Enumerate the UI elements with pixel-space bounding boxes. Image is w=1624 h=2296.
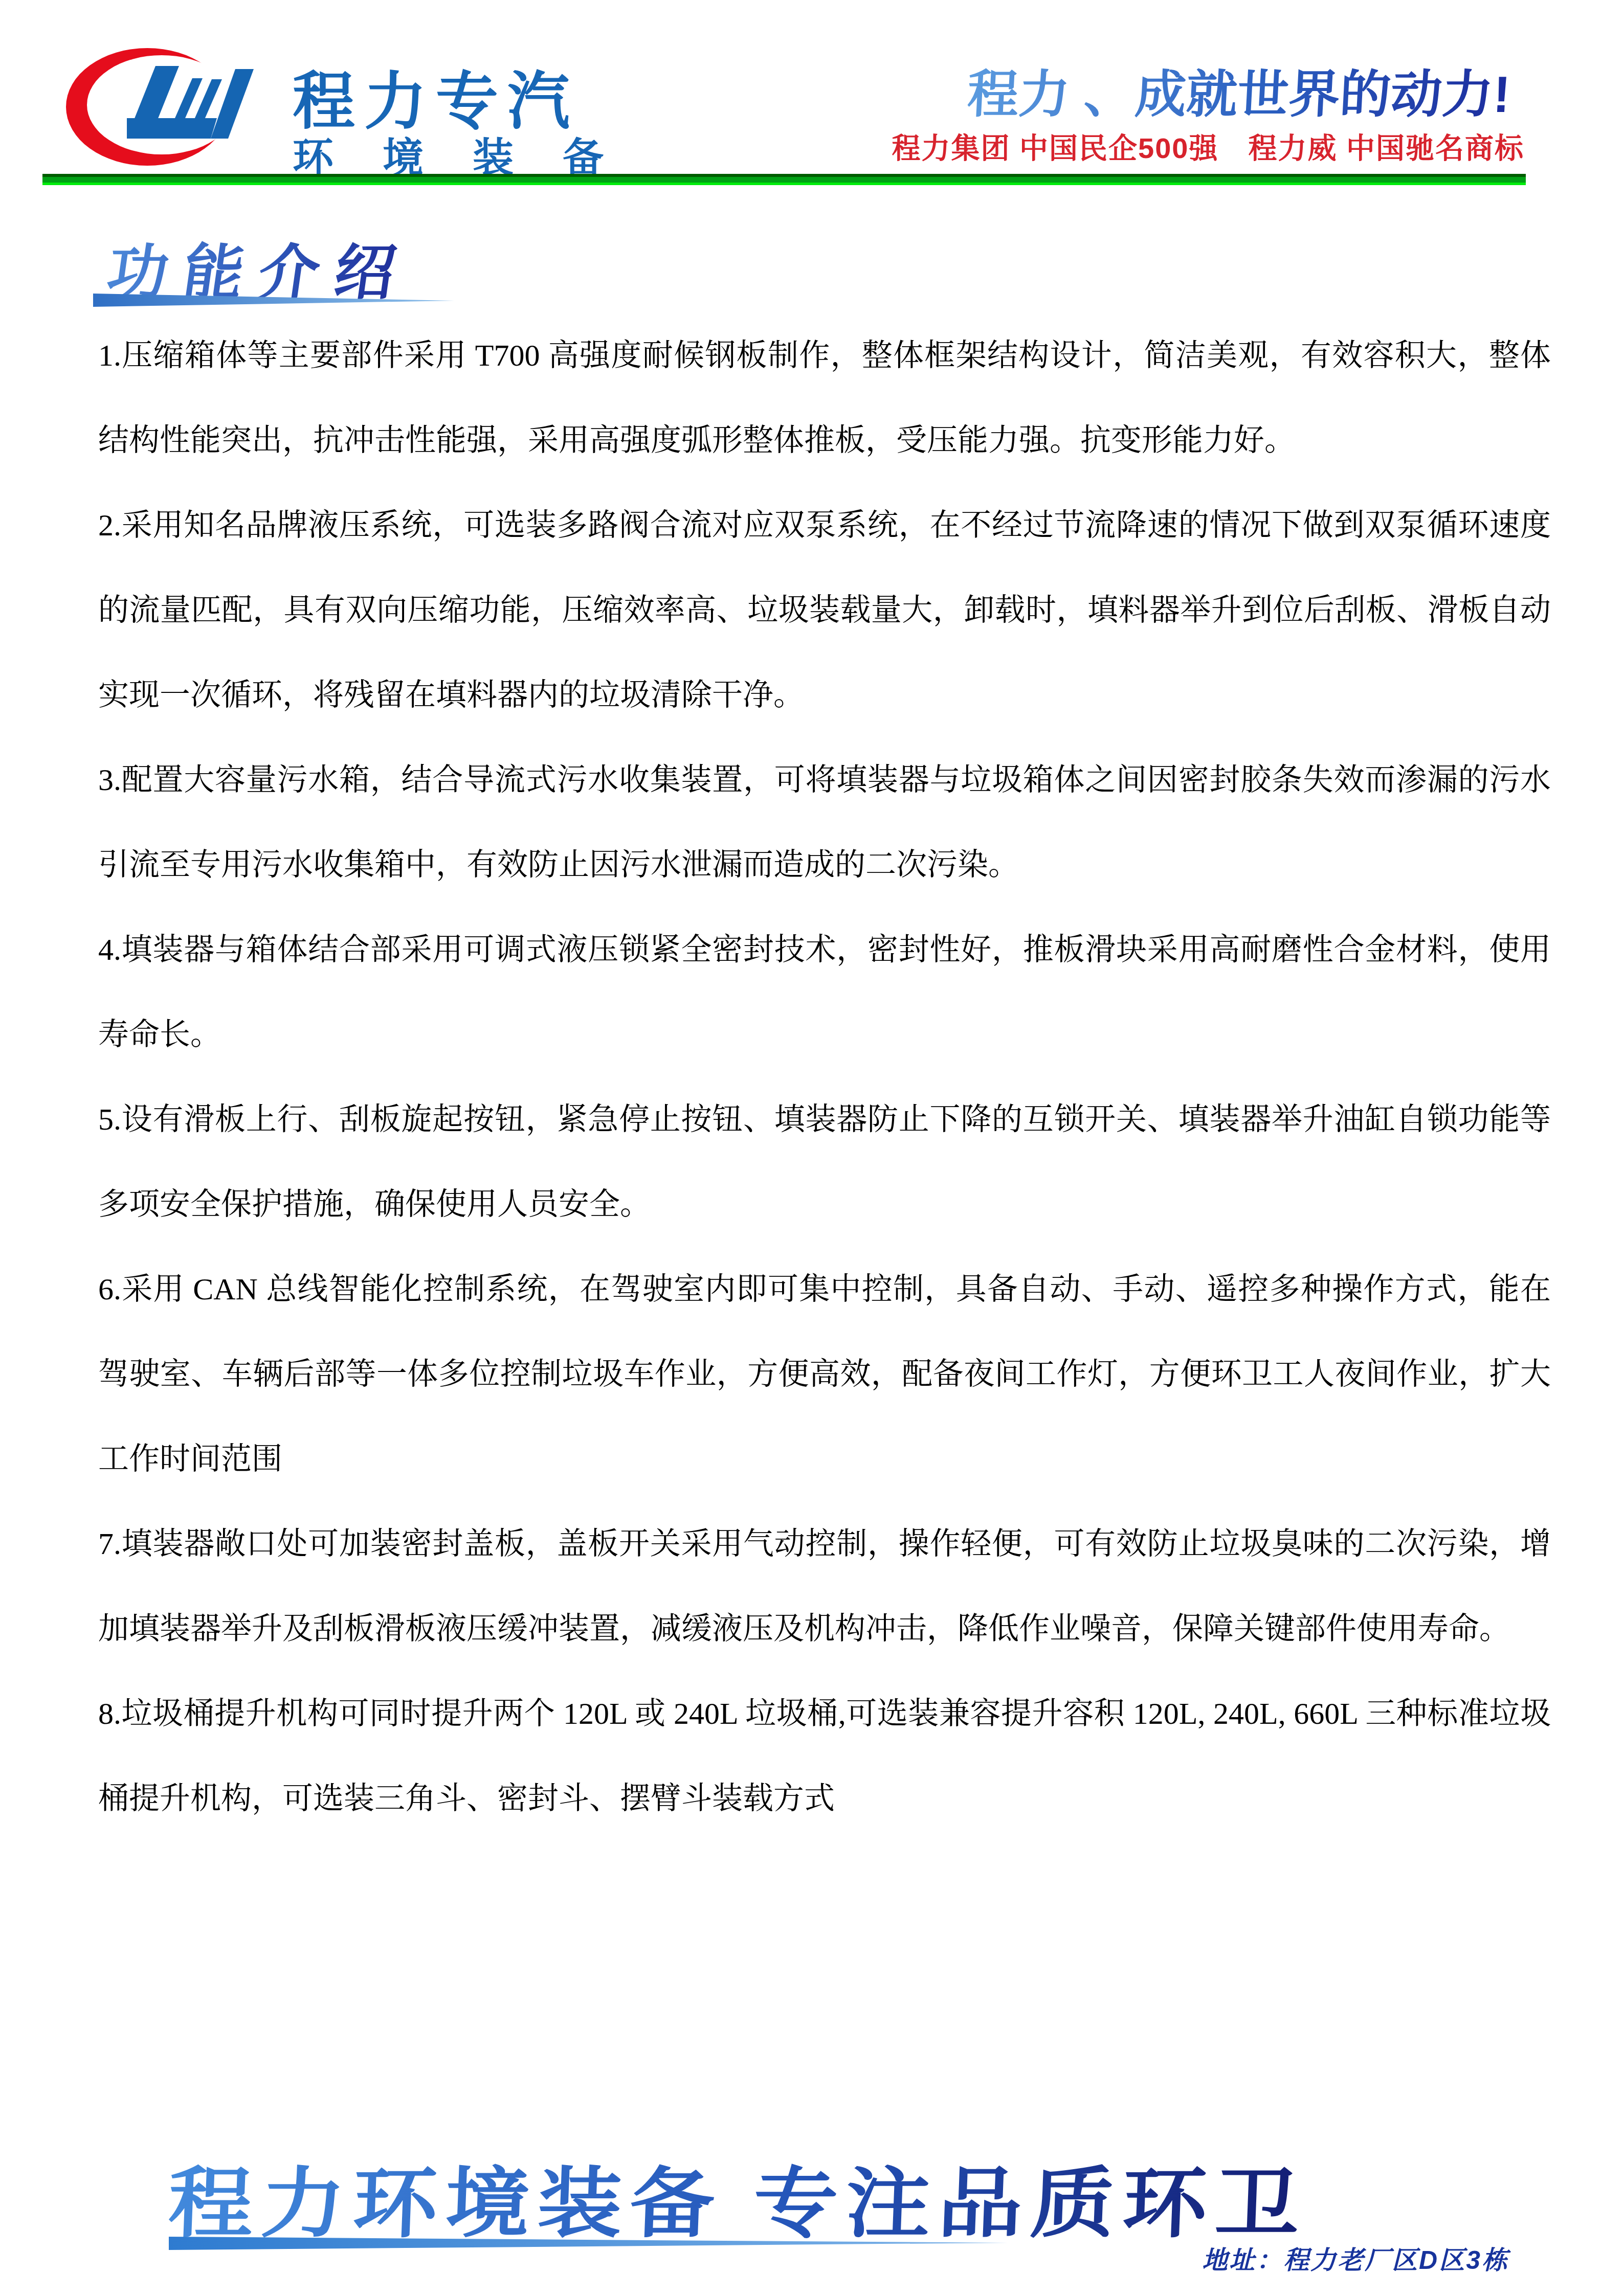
feature-paragraph: 5.设有滑板上行、刮板旋起按钮，紧急停止按钮、填装器防止下降的互锁开关、填装器举…	[98, 1077, 1551, 1247]
feature-paragraph: 6.采用 CAN 总线智能化控制系统，在驾驶室内即可集中控制，具备自动、手动、遥…	[98, 1247, 1551, 1501]
feature-paragraph: 1.压缩箱体等主要部件采用 T700 高强度耐候钢板制作，整体框架结构设计，简洁…	[98, 313, 1551, 483]
feature-list: 1.压缩箱体等主要部件采用 T700 高强度耐候钢板制作，整体框架结构设计，简洁…	[98, 313, 1551, 1841]
feature-paragraph: 4.填装器与箱体结合部采用可调式液压锁紧全密封技术，密封性好，推板滑块采用高耐磨…	[98, 907, 1551, 1077]
feature-paragraph: 8.垃圾桶提升机构可同时提升两个 120L 或 240L 垃圾桶,可选装兼容提升…	[98, 1671, 1551, 1841]
chengli-logo-icon	[64, 46, 255, 170]
feature-paragraph: 7.填装器敞口处可加装密封盖板，盖板开关采用气动控制，操作轻便，可有效防止垃圾臭…	[98, 1501, 1551, 1671]
green-divider	[42, 174, 1526, 185]
feature-paragraph: 3.配置大容量污水箱，结合导流式污水收集装置，可将填装器与垃圾箱体之间因密封胶条…	[98, 737, 1551, 907]
title-underline-swoosh	[93, 291, 454, 308]
divider-band-bright	[42, 183, 1526, 185]
header-slogan: 程力 、成就世界的动力!	[966, 53, 1512, 127]
document-page: { "header": { "brand": { "name": "程力专汽",…	[0, 0, 1624, 2296]
feature-paragraph: 2.采用知名品牌液压系统，可选装多路阀合流对应双泵系统，在不经过节流降速的情况下…	[98, 483, 1551, 737]
divider-band-mid	[42, 177, 1526, 183]
header-subtitle: 程力集团 中国民企500强 程力威 中国驰名商标	[892, 126, 1524, 167]
footer-underline-swoosh	[169, 2236, 1008, 2252]
footer-address: 地址：程力老厂区D区3栋	[1202, 2240, 1509, 2277]
